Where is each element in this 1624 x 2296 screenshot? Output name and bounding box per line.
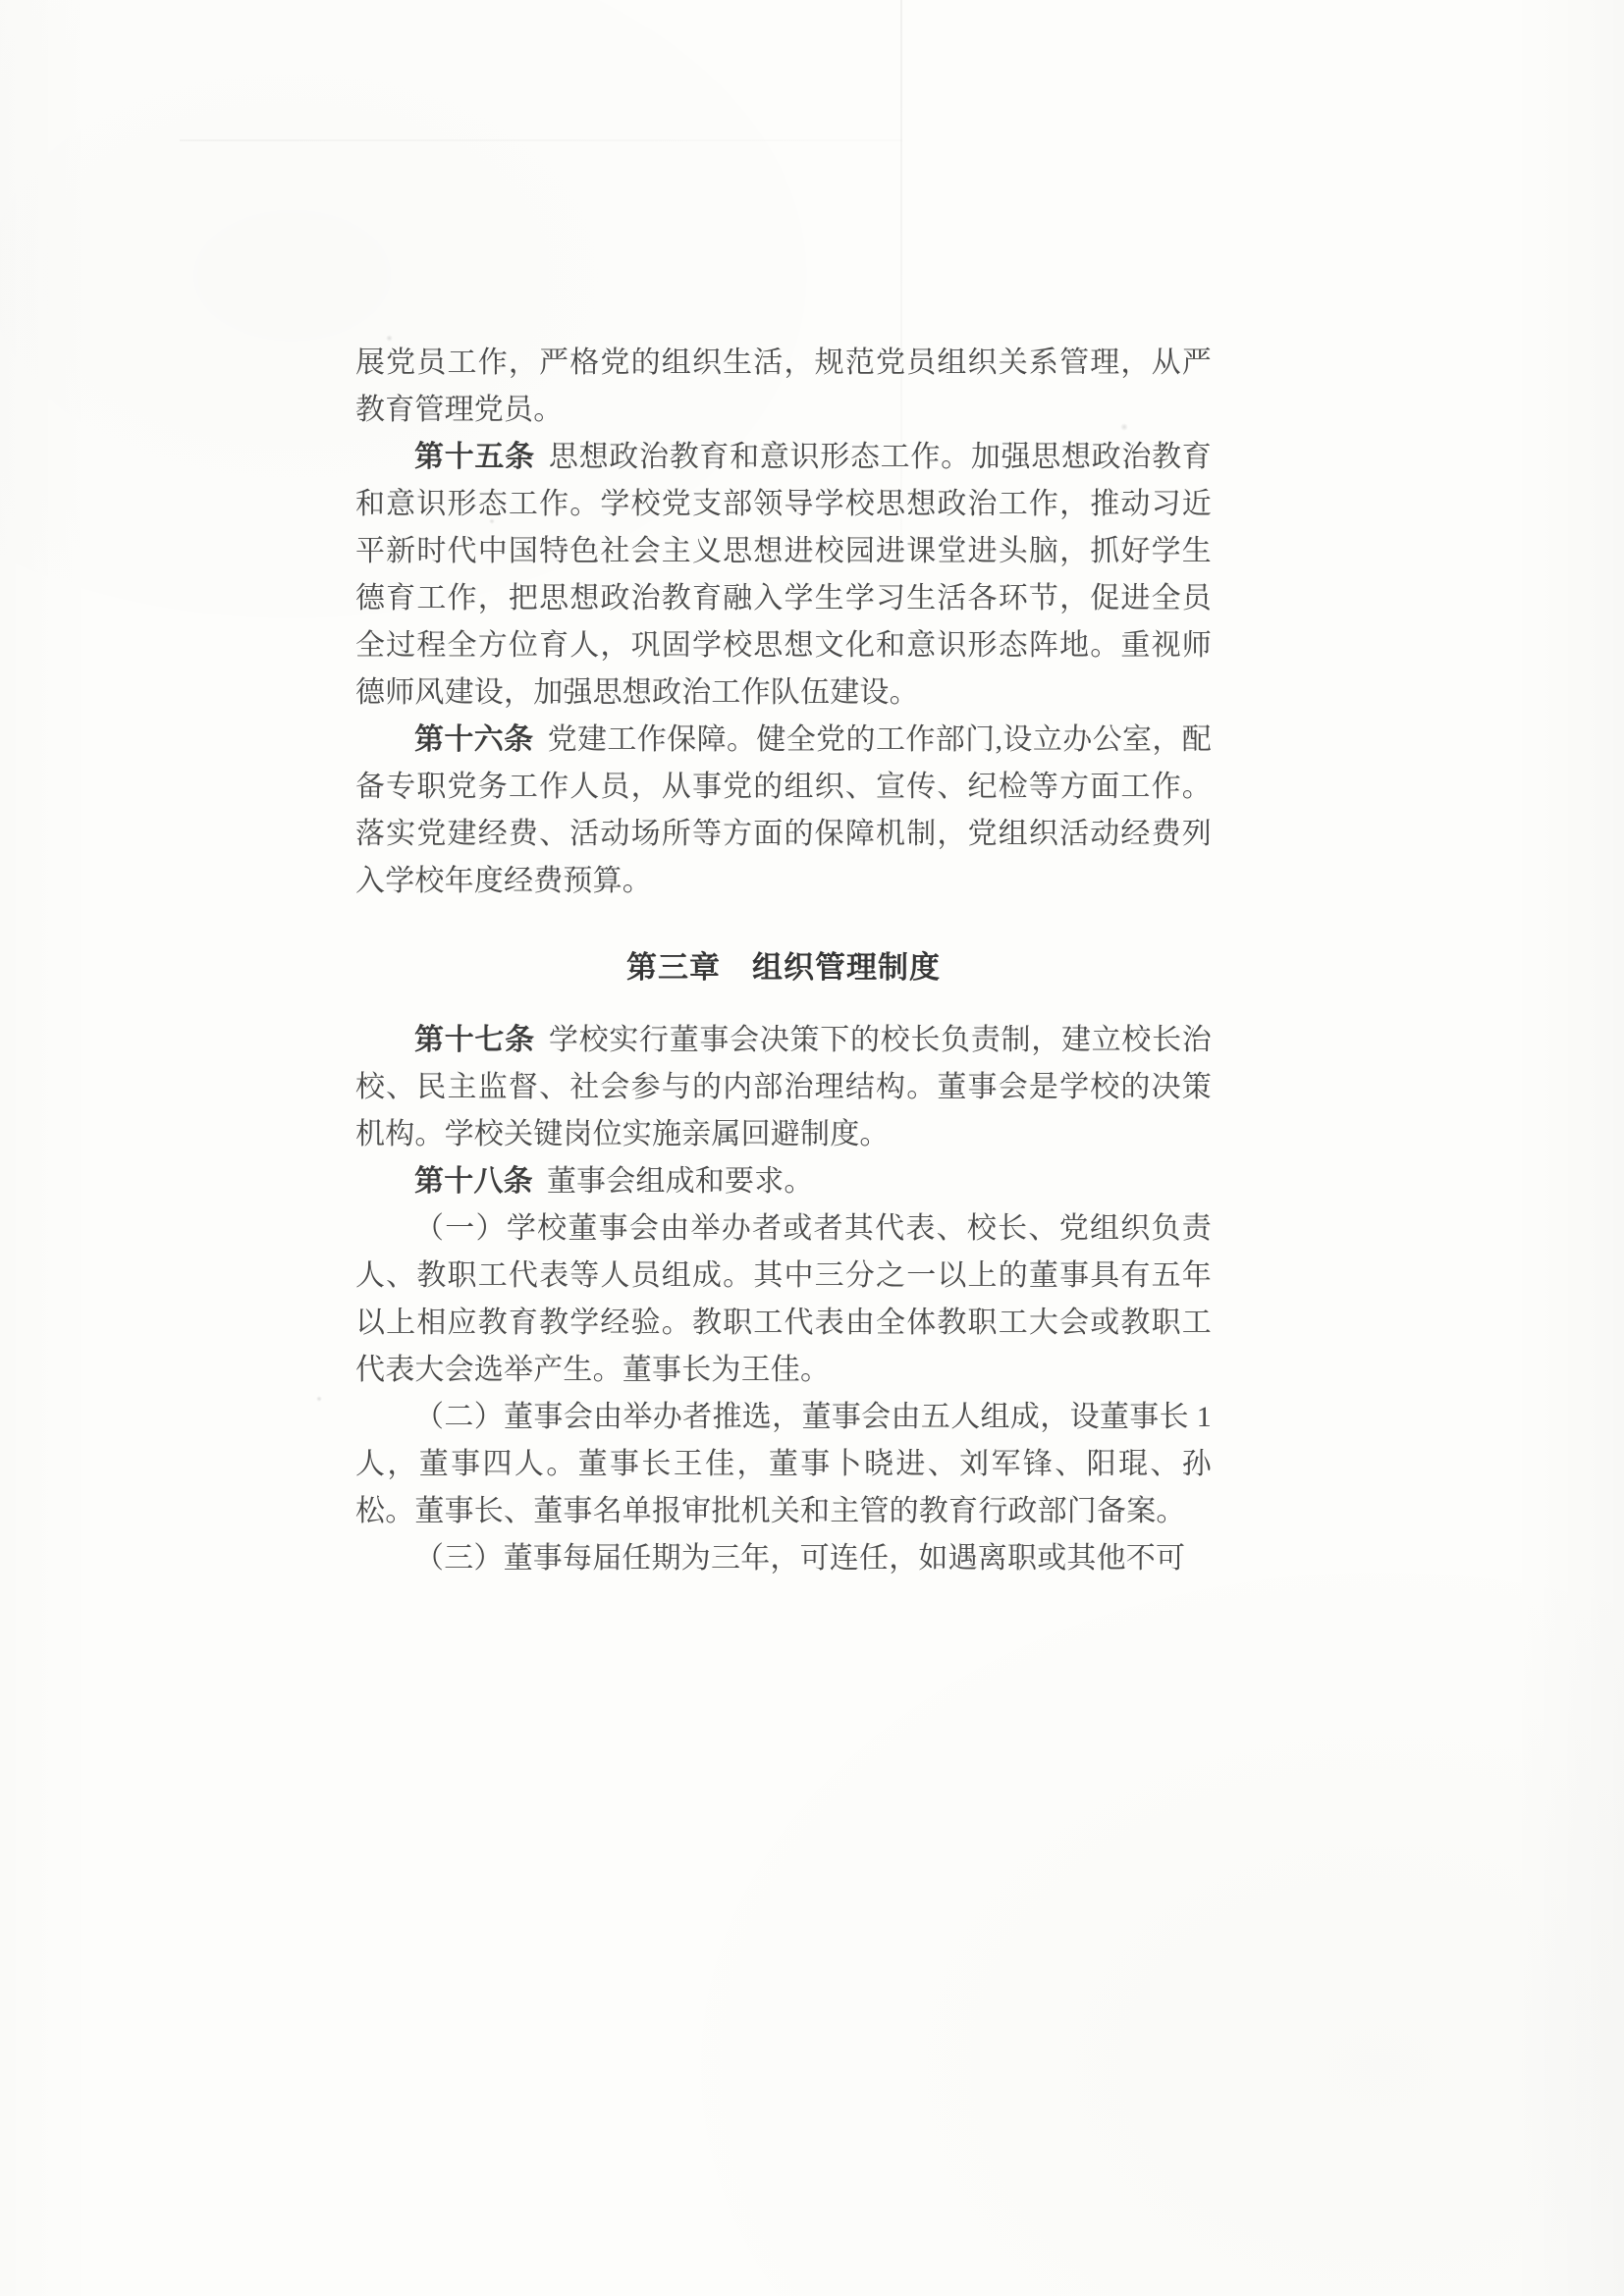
paragraph-text: （二）董事会由举办者推选，董事会由五人组成，设董事长 1 人，董事四人。董事长王… [355, 1401, 1212, 1527]
scan-artifact-line-horizontal [180, 139, 902, 141]
article-number: 第十八条 [414, 1165, 533, 1198]
body-paragraph: （二）董事会由举办者推选，董事会由五人组成，设董事长 1 人，董事四人。董事长王… [355, 1394, 1212, 1535]
body-paragraph: （一）学校董事会由举办者或者其代表、校长、党组织负责人、教职工代表等人员组成。其… [355, 1205, 1212, 1394]
article-paragraph: 第十六条党建工作保障。健全党的工作部门,设立办公室，配备专职党务工作人员，从事党… [355, 717, 1212, 905]
article-number: 第十七条 [414, 1024, 535, 1056]
paragraph-text: 董事会组成和要求。 [547, 1165, 814, 1198]
article-paragraph: 第十八条董事会组成和要求。 [355, 1158, 1212, 1205]
paragraph-text: （一）学校董事会由举办者或者其代表、校长、党组织负责人、教职工代表等人员组成。其… [355, 1212, 1212, 1386]
chapter-heading: 第三章 组织管理制度 [355, 944, 1212, 991]
paragraph-text: 思想政治教育和意识形态工作。加强思想政治教育和意识形态工作。学校党支部领导学校思… [355, 441, 1212, 709]
article-paragraph: 第十五条思想政治教育和意识形态工作。加强思想政治教育和意识形态工作。学校党支部领… [355, 434, 1212, 717]
scan-artifact-speck [316, 1396, 322, 1402]
article-paragraph: 第十七条学校实行董事会决策下的校长负责制，建立校长治校、民主监督、社会参与的内部… [355, 1017, 1212, 1158]
scanned-page: 展党员工作，严格党的组织生活，规范党员组织关系管理，从严教育管理党员。第十五条思… [0, 0, 1624, 2296]
article-number: 第十五条 [414, 441, 535, 473]
article-number: 第十六条 [414, 723, 534, 756]
paragraph-text: （三）董事每届任期为三年，可连任，如遇离职或其他不可 [414, 1542, 1185, 1575]
document-text-column: 展党员工作，严格党的组织生活，规范党员组织关系管理，从严教育管理党员。第十五条思… [355, 340, 1212, 1582]
body-paragraph: 展党员工作，严格党的组织生活，规范党员组织关系管理，从严教育管理党员。 [355, 340, 1212, 434]
paragraph-text: 展党员工作，严格党的组织生活，规范党员组织关系管理，从严教育管理党员。 [355, 347, 1212, 426]
body-paragraph: （三）董事每届任期为三年，可连任，如遇离职或其他不可 [355, 1535, 1212, 1582]
